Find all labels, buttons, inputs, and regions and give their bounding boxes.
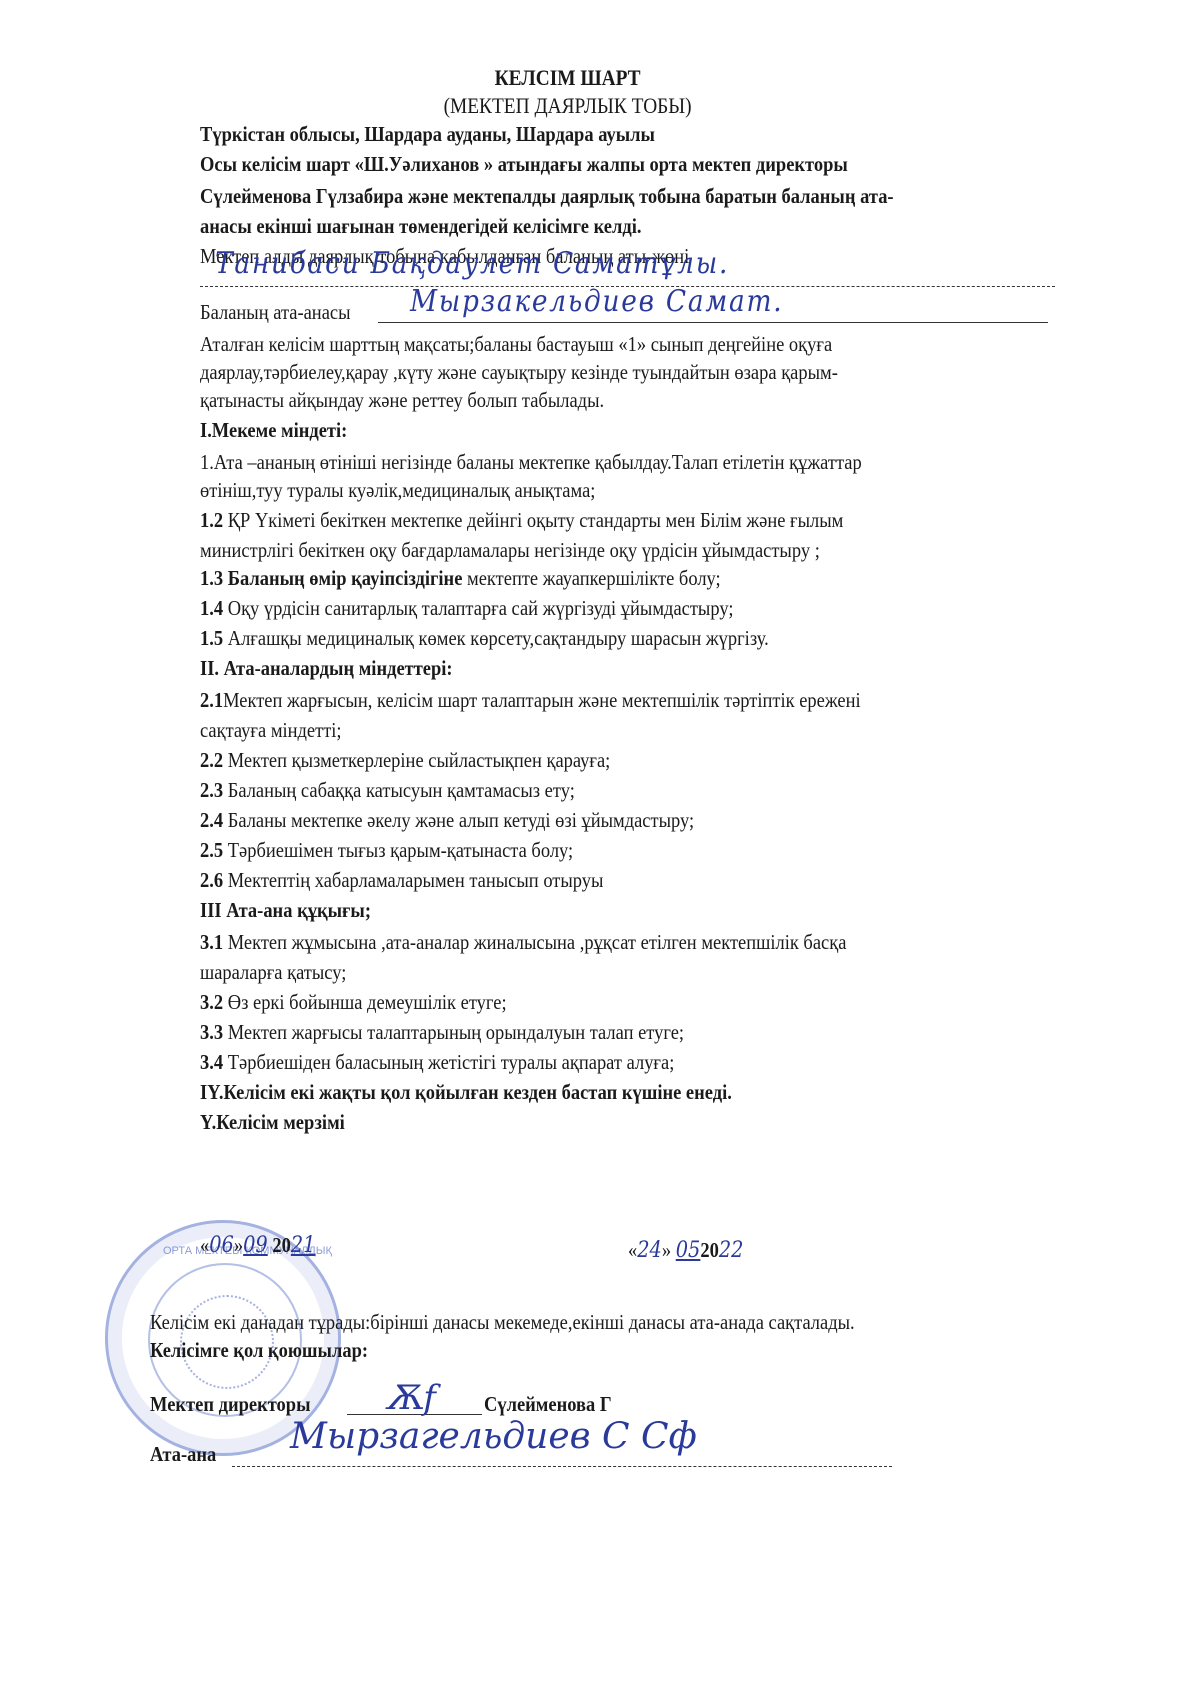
signers-heading: Келісімге қол қоюшылар:	[150, 1338, 368, 1362]
director-name: Сүлейменова Г	[484, 1392, 612, 1416]
section4: IY.Келісім екі жақты қол қойылған кезден…	[200, 1080, 732, 1104]
section2-heading: II. Ата-аналардың міндеттері:	[200, 656, 453, 680]
director-label: Мектеп директоры	[150, 1392, 311, 1416]
section1-heading: I.Мекеме міндеті:	[200, 418, 347, 442]
document-subtitle: (МЕКТЕП ДАЯРЛЫК ТОБЫ)	[0, 94, 1135, 118]
section2-item-2: 2.2 Мектеп қызметкерлеріне сыйластықпен …	[200, 748, 610, 772]
section3-item-4: 3.4 Тәрбиешіден баласының жетістігі тура…	[200, 1050, 674, 1074]
parent-signature-line	[232, 1466, 892, 1467]
section1-item-2-cont: министрлігі бекіткен оқу бағдарламалары …	[200, 538, 820, 562]
parent-name-line	[378, 322, 1048, 323]
section3-item-2: 3.2 Өз еркі бойынша демеушілік етуге;	[200, 990, 507, 1014]
section2-item-3: 2.3 Баланың сабаққа катысуын қамтамасыз …	[200, 778, 575, 802]
document-title: КЕЛСІМ ШАРТ	[0, 66, 1135, 90]
location: Түркістан облысы, Шардара ауданы, Шардар…	[200, 122, 655, 146]
purpose-line-2: даярлау,тәрбиелеу,қарау ,күту және сауық…	[200, 360, 838, 384]
parent-name-handwritten: Мырзакельдиев Самат.	[410, 290, 783, 314]
parent-sign-label: Ата-ана	[150, 1442, 216, 1466]
section1-item-3: 1.3 Баланың өмір қауіпсіздігіне мектепте…	[200, 566, 721, 590]
section1-item-5: 1.5 Алғашқы медициналық көмек көрсету,са…	[200, 626, 769, 650]
purpose-line-3: қатынасты айқындау және реттеу болып таб…	[200, 388, 604, 412]
section5: Y.Келісім мерзімі	[200, 1110, 345, 1134]
section2-item-4: 2.4 Баланы мектепке әкелу және алып кету…	[200, 808, 694, 832]
intro-line-1: Осы келісім шарт «Ш.Уәлиханов » атындағы…	[200, 152, 848, 176]
parent-name-label: Баланың ата-анасы	[200, 300, 351, 324]
section1-item-1-cont: өтініш,туу туралы куәлік,медициналық аны…	[200, 478, 595, 502]
section2-item-6: 2.6 Мектептің хабарламаларымен танысып о…	[200, 868, 603, 892]
copies-note: Келісім екі данадан тұрады:бірінші данас…	[150, 1310, 855, 1334]
parent-signature: Мырзагельдиев С Сф	[290, 1416, 697, 1457]
section3-heading: III Ата-ана құқығы;	[200, 898, 371, 922]
section3-item-3: 3.3 Мектеп жарғысы талаптарының орындалу…	[200, 1020, 684, 1044]
section1-item-4: 1.4 Оқу үрдісін санитарлық талаптарға са…	[200, 596, 733, 620]
section2-item-1-cont: сақтауға міндетті;	[200, 718, 342, 742]
contract-document: КЕЛСІМ ШАРТ (МЕКТЕП ДАЯРЛЫК ТОБЫ) Түркіс…	[0, 0, 1190, 1683]
purpose-line-1: Аталған келісім шарттың мақсаты;баланы б…	[200, 332, 832, 356]
child-name-handwritten: Танибаси Бақдаулет Саматұлы.	[215, 252, 729, 276]
date-start: «06»09 2021	[200, 1233, 316, 1258]
date-end: «24» 052022	[628, 1238, 744, 1263]
section1-item-2: 1.2 ҚР Үкіметі бекіткен мектепке дейінгі…	[200, 508, 843, 532]
director-signature: Ѫf	[385, 1378, 436, 1418]
section3-item-1: 3.1 Мектеп жұмысына ,ата-аналар жиналысы…	[200, 930, 846, 954]
section1-item-1: 1.Ата –ананың өтініші негізінде баланы м…	[200, 450, 862, 474]
section2-item-1: 2.1Мектеп жарғысын, келісім шарт талапта…	[200, 688, 861, 712]
section2-item-5: 2.5 Тәрбиешімен тығыз қарым-қатынаста бо…	[200, 838, 573, 862]
intro-line-3: анасы екінші шағынан төмендегідей келісі…	[200, 214, 641, 238]
intro-line-2: Сүлейменова Гүлзабира және мектепалды да…	[200, 184, 894, 208]
section3-item-1-cont: шараларға қатысу;	[200, 960, 346, 984]
